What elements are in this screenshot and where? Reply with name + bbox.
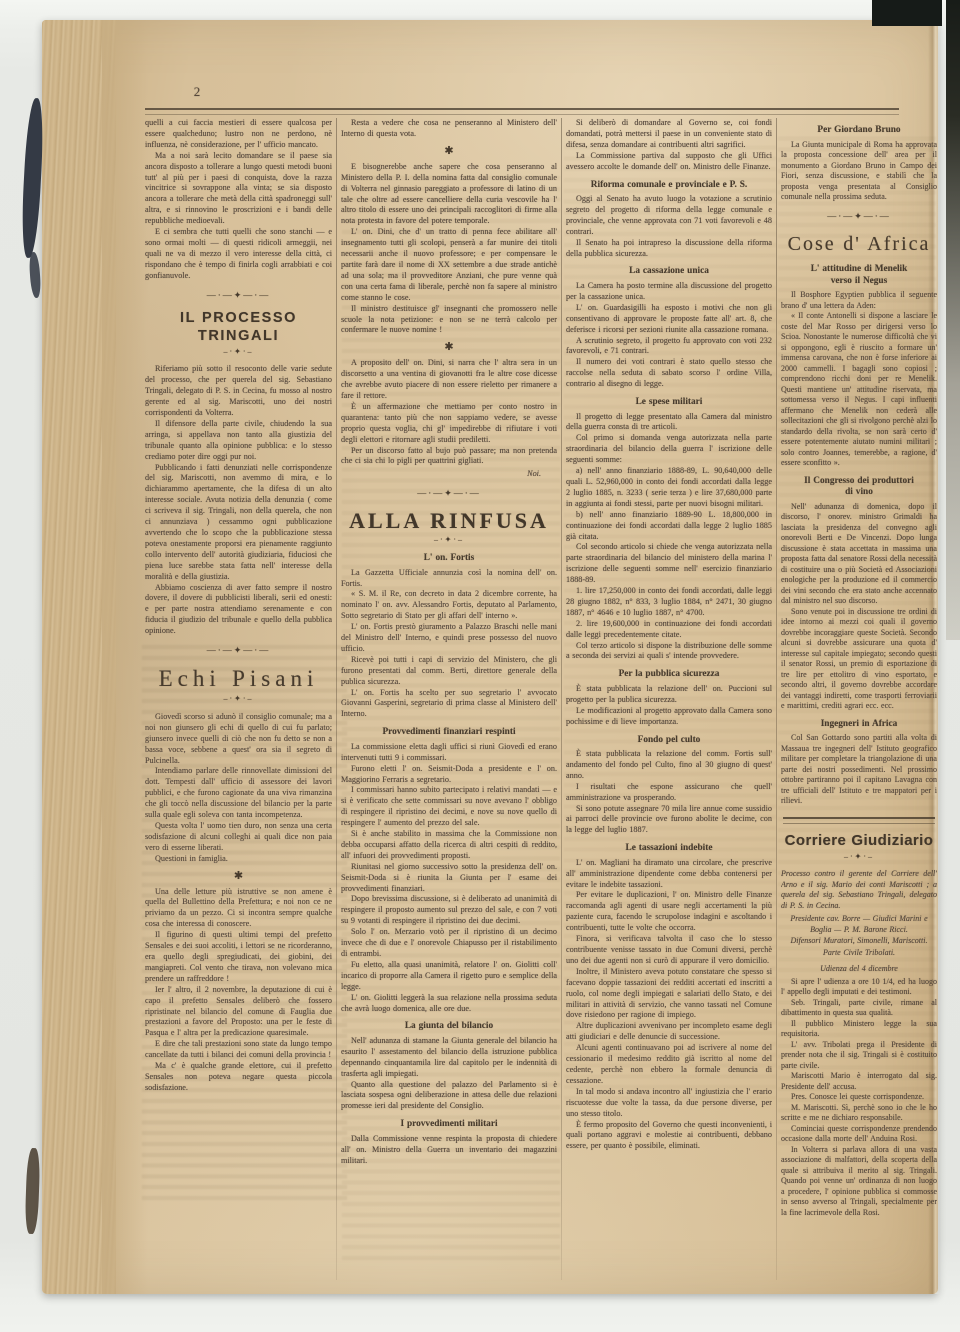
block-p: Per un discorso fatto al bujo può passar…	[341, 446, 557, 468]
block-orn: —·—✦—·—	[145, 645, 332, 656]
block-p: Finora, si verificava talvolta il caso c…	[566, 934, 772, 967]
block-p: Per evitare le duplicazioni, l' on. Mini…	[566, 890, 772, 934]
block-p: A proposito dell' on. Dini, si narra che…	[341, 358, 557, 402]
block-p: A scrutinio segreto, il progetto fu appr…	[566, 336, 772, 358]
block-h3: L' on. Fortis	[341, 553, 557, 565]
block-p: Giovedì scorso si adunò il consiglio com…	[145, 712, 332, 767]
binding-thread-mark	[25, 1148, 41, 1234]
block-orn-sm: –·✦·–	[341, 535, 557, 546]
block-p: Abbiamo coscienza di aver fatto sempre i…	[145, 583, 332, 638]
block-p: Le modificazioni al progetto approvato d…	[566, 706, 772, 728]
block-p: Fu eletto, alla quasi unanimità, relator…	[341, 960, 557, 993]
block-p: Col secondo articolo si chiede che venga…	[566, 542, 772, 586]
block-p: È un affermazione che mettiamo per conto…	[341, 402, 557, 446]
block-p: I commissari hanno subito partecipato i …	[341, 785, 557, 829]
block-p: Riferiamo più sotto il resoconto delle v…	[145, 364, 332, 419]
column-rule-2	[561, 118, 562, 1280]
block-p: Nell' adunanza di domenica, dopo il disc…	[781, 502, 937, 607]
block-p: Ricevè poi tutti i capi di servizio del …	[341, 655, 557, 688]
block-p: E dire che tali prestazioni sono state d…	[145, 1039, 332, 1061]
block-p: Cominciai queste corrispondenze prendend…	[781, 1124, 937, 1145]
block-p: Inoltre, il Ministero aveva potuto const…	[566, 967, 772, 1022]
block-hi: Udienza del 4 dicembre	[781, 964, 937, 975]
block-sig: Noi.	[341, 469, 557, 480]
block-p: Il numero dei voti contrari è stato quel…	[566, 357, 772, 390]
block-p: Pres. Conosce lei queste corrispondenze.	[781, 1092, 937, 1103]
block-p: Ma a noi sarà lecito domandare se il pae…	[145, 151, 332, 227]
block-orn: —·—✦—·—	[145, 290, 332, 301]
block-court: Difensori Muratori, Simonelli, Mariscott…	[781, 936, 937, 947]
block-orn-sm: –·✦·–	[145, 347, 332, 358]
block-p: E bisognerebbe anche sapere che cosa pen…	[341, 162, 557, 227]
block-p: Oggi al Senato ha avuto luogo la votazio…	[566, 194, 772, 238]
block-p: Questioni in famiglia.	[145, 854, 332, 865]
block-p: La Commissione partiva dal supposto che …	[566, 151, 772, 173]
newspaper-page: 2 quelli a cui faccia mestieri di essere…	[42, 20, 938, 1294]
block-p: In tal modo si andava incontro all' ingi…	[566, 1087, 772, 1120]
block-p: Si apre l' udienza a ore 10 1/4, ed ha l…	[781, 977, 937, 998]
block-p: Il Bosphore Egyptien pubblica il seguent…	[781, 290, 937, 311]
block-p: Sono venute poi in discussione tre ordin…	[781, 607, 937, 712]
block-orn-sm: –·✦·–	[781, 852, 937, 863]
block-p: Col primo si domanda venga autorizzata n…	[566, 433, 772, 466]
block-h3-2: L' attitudine di Menelik verso il Negus	[781, 264, 937, 287]
block-p: Il difensore della parte civile, chiuden…	[145, 419, 332, 463]
block-p: Una delle letture più istruttive se non …	[145, 887, 332, 931]
column-rule-1	[336, 118, 337, 1280]
block-p: 1. lire 17,250,000 in conto dei fondi ac…	[566, 586, 772, 619]
block-p: Si deliberò di domandare al Governo se, …	[566, 118, 772, 151]
block-p: Col terzo articolo si dispone la distrib…	[566, 641, 772, 663]
scan-dark-notch	[872, 0, 942, 26]
block-p: La Camera ha posto termine alla discussi…	[566, 281, 772, 303]
block-p: È fermo proposito del Governo che questi…	[566, 1120, 772, 1153]
block-h3: Riforma comunale e provinciale e P. S.	[566, 180, 772, 192]
block-p: L' on. Fortis prestò giuramento a Palazz…	[341, 622, 557, 655]
block-intro: Processo contro il gerente del Corriere …	[781, 869, 937, 911]
headline-il-processo-tringali: IL PROCESSO TRINGALI	[145, 309, 332, 345]
headline-alla-rinfusa: ALLA RINFUSA	[341, 508, 557, 533]
block-p: Altre duplicazioni avvenivano per incomp…	[566, 1021, 772, 1043]
block-star: ✱	[145, 870, 332, 882]
block-p: « Il conte Antonelli si dispone a lascia…	[781, 311, 937, 469]
block-star: ✱	[341, 145, 557, 157]
headline-corriere-giudiziario: Corriere Giudiziario	[781, 832, 937, 850]
block-p: Il pubblico Ministero legge la sua requi…	[781, 1019, 937, 1040]
block-p: La commissione eletta dagli uffici si ri…	[341, 742, 557, 764]
block-p: Il Senato ha poi intrapreso la discussio…	[566, 238, 772, 260]
block-p: È stata pubblicata la relazione dell' on…	[566, 684, 772, 706]
block-p: Quanto alla questione del palazzo del Pa…	[341, 1080, 557, 1113]
block-p: Si sono potute assegnare 70 mila lire an…	[566, 804, 772, 837]
block-p: Il progetto di legge presentato alla Cam…	[566, 412, 772, 434]
block-p: « S. M. il Re, con decreto in data 2 dic…	[341, 589, 557, 622]
block-orn-sm: –·✦·–	[145, 694, 332, 705]
block-orn: —·—✦—·—	[341, 488, 557, 499]
block-p: L' on. Dini, che d' un tratto di penna f…	[341, 227, 557, 303]
column-3: Si deliberò di domandare al Governo se, …	[566, 118, 772, 1280]
block-p: Nell' adunanza di stamane la Giunta gene…	[341, 1036, 557, 1080]
block-p: Riunitasi nel giorno successivo sotto la…	[341, 862, 557, 895]
block-p: Si è anche stabilito in massima che la C…	[341, 829, 557, 862]
block-p: E ci sembra che tutti quelli che sono st…	[145, 227, 332, 282]
block-h3: Le tassazioni indebite	[566, 843, 772, 855]
headline-cose-d-africa: Cose d' Africa	[781, 231, 937, 257]
block-rule2	[783, 817, 935, 824]
column-rule-3	[776, 118, 777, 1280]
block-p: L' on. Fortis ha scelto per suo segretar…	[341, 688, 557, 721]
block-p: a) nell' anno finanziario 1888-89, L. 90…	[566, 466, 772, 510]
block-h3: Fondo pel culto	[566, 735, 772, 747]
header-rule	[145, 108, 899, 115]
block-star: ✱	[341, 341, 557, 353]
block-p: Ma c' è qualche grande elettore, cui il …	[145, 1061, 332, 1094]
block-p: Furono eletti l' on. Seismit-Doda a pres…	[341, 764, 557, 786]
block-h3: Le spese militari	[566, 397, 772, 409]
page-number: 2	[177, 84, 217, 100]
block-p: I risultati che espone assicurano che qu…	[566, 782, 772, 804]
columns: quelli a cui faccia mestieri di essere q…	[145, 118, 937, 1280]
block-p: L' on. Giolitti leggerà la sua relazione…	[341, 993, 557, 1015]
block-p: Mariscotti Mario è interrogato dal sig. …	[781, 1071, 937, 1092]
binding-thread-mark	[28, 252, 41, 299]
block-p: L' on. Guardasigilli ha esposto i motivi…	[566, 303, 772, 336]
block-p: L' on. Magliani ha diramato una circolar…	[566, 858, 772, 891]
block-p: Intendiamo parlare delle rinnovellate di…	[145, 766, 332, 821]
block-p: M. Mariscotti. Sì, perchè sono io che le…	[781, 1103, 937, 1124]
block-court: Presidente cav. Borre — Giudici Marini e…	[781, 914, 937, 935]
block-p: b) nell' anno finanziario 1889-90 L. 18,…	[566, 510, 772, 543]
block-h3: I provvedimenti militari	[341, 1119, 557, 1131]
block-p: Pubblicando i fatti denunziati nelle cor…	[145, 463, 332, 583]
block-court: Parte Civile Tribolati.	[781, 948, 937, 959]
page-content: 2 quelli a cui faccia mestieri di essere…	[145, 82, 937, 1282]
block-p: Ier l' altro, il 2 novembre, la deputazi…	[145, 985, 332, 1040]
block-p: L' avv. Tribolati prega il Presidente di…	[781, 1040, 937, 1072]
block-cont: quelli a cui faccia mestieri di essere q…	[145, 118, 332, 151]
scan-dark-band	[946, 0, 960, 640]
column-4: Per Giordano BrunoLa Giunta municipale d…	[781, 118, 937, 1280]
block-h3: Per Giordano Bruno	[781, 125, 937, 137]
block-h3: Provvedimenti finanziari respinti	[341, 727, 557, 739]
block-p: Resta a vedere che cosa ne penseranno al…	[341, 118, 557, 140]
block-h3: La cassazione unica	[566, 266, 772, 278]
headline-echi-pisani: Echi Pisani	[145, 666, 332, 692]
block-p: Solo l' on. Merzario votò per il riprist…	[341, 927, 557, 960]
book-page-edges-fade	[102, 20, 148, 1294]
block-h3-2: Il Congresso dei produttori di vino	[781, 476, 937, 499]
block-orn: —·—✦—·—	[781, 211, 937, 222]
block-p: Dalla Commissione venne respinta la prop…	[341, 1134, 557, 1167]
block-p: Col San Gottardo sono partiti alla volta…	[781, 733, 937, 807]
column-1: quelli a cui faccia mestieri di essere q…	[145, 118, 332, 1280]
block-h3: Per la pubblica sicurezza	[566, 669, 772, 681]
block-p: Seb. Tringali, parte civile, rimane al d…	[781, 998, 937, 1019]
block-p: La Gazzetta Ufficiale annunzia così la n…	[341, 568, 557, 590]
block-p: Il ministro destituisce gl' insegnanti c…	[341, 304, 557, 337]
block-p: Questa volta l' uomo tien duro, non senz…	[145, 821, 332, 854]
block-h3: La giunta del bilancio	[341, 1021, 557, 1033]
scanner-background: 2 quelli a cui faccia mestieri di essere…	[0, 0, 960, 1332]
block-p: In Volterra si parlava allora di una vas…	[781, 1145, 937, 1219]
block-p: 2. lire 19,600,000 in continuazione dei …	[566, 619, 772, 641]
block-p: È stata pubblicata la relazione del comm…	[566, 749, 772, 782]
block-p: Il figurino di questi ultimi tempi del p…	[145, 930, 332, 985]
block-h3: Ingegneri in Africa	[781, 719, 937, 731]
block-p: La Giunta municipale di Roma ha approvat…	[781, 140, 937, 203]
block-p: Alcuni agenti continuavano poi ad iscriv…	[566, 1043, 772, 1087]
column-2: Resta a vedere che cosa ne penseranno al…	[341, 118, 557, 1280]
block-p: Dopo brevissima discussione, si è delibe…	[341, 894, 557, 927]
